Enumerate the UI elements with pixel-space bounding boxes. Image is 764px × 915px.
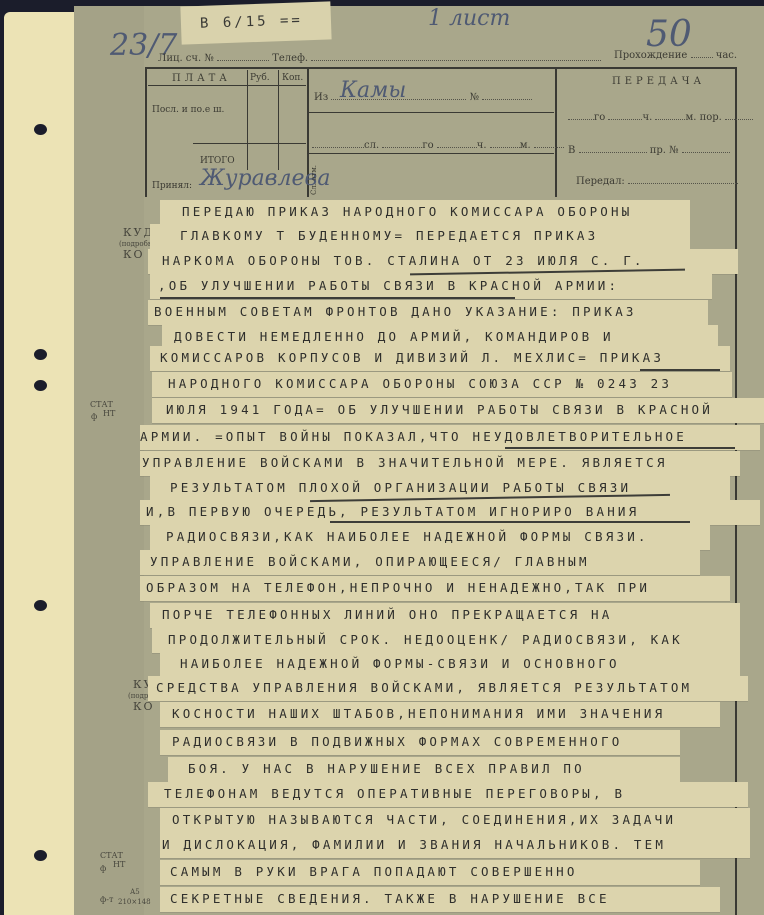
form-top-rule [146,67,737,69]
trans-to-label: В [568,145,575,156]
handwritten-sheet-note: 1 лист [428,6,510,31]
message-line: НАРОДНОГО КОМИССАРА ОБОРОНЫ СОЮЗА ССР № … [152,372,732,397]
stat-label-2: СТАТ [100,851,123,860]
form-a-label: А5 [130,888,140,896]
punch-hole [34,380,47,391]
transmission-to-field: В пр. № [568,145,730,156]
message-line: УПРАВЛЕНИЕ ВОЙСКАМИ, ОПИРАЮЩЕЕСЯ/ ГЛАВНЫ… [140,550,700,575]
number-label: № [470,92,479,103]
message-line: ГЛАВКОМУ Т БУДЕННОМУ= ПЕРЕДАЕТСЯ ПРИКАЗ [150,224,690,249]
handwritten-underline [330,521,690,523]
payment-row-label: Посл. и по.е ш. [152,105,224,115]
received-label: Принял: [152,181,192,191]
nt-label-2: НТ [113,860,125,869]
message-line: И ДИСЛОКАЦИЯ, ФАМИЛИИ И ЗВАНИЯ НАЧАЛЬНИК… [160,833,750,858]
message-line: КОМИССАРОВ КОРПУСОВ И ДИВИЗИЙ Л. МЕХЛИС=… [150,346,730,371]
rub-header: Руб. [250,73,270,83]
message-line: ОТКРЫТУЮ НАЗЫВАЮТСЯ ЧАСТИ, СОЕДИНЕНИЯ,ИХ… [160,808,750,833]
trans-date-label: го [594,112,605,123]
message-line: УПРАВЛЕНИЕ ВОЙСКАМИ В ЗНАЧИТЕЛЬНОЙ МЕРЕ.… [140,451,740,476]
handwritten-underline [640,369,720,371]
header-fields: Лиц. сч. № Телеф. [158,53,601,64]
message-line: НАИБОЛЕЕ НАДЕЖНОЙ ФОРМЫ-СВЯЗИ И ОСНОВНОГ… [160,652,740,677]
hours-label: час. [716,50,737,61]
payment-title: ПЛАТА [172,73,231,84]
phi-label-2: ф [100,864,106,873]
message-line: ПОРЧЕ ТЕЛЕФОННЫХ ЛИНИЙ ОНО ПРЕКРАЩАЕТСЯ … [150,603,740,628]
handwritten-underline [160,297,515,299]
punch-hole [34,600,47,611]
message-line: ВОЕННЫМ СОВЕТАМ ФРОНТОВ ДАНО УКАЗАНИЕ: П… [148,300,708,325]
words-label: сл. [364,140,379,151]
message-line: РАДИОСВЯЗИ,КАК НАИБОЛЕЕ НАДЕЖНОЙ ФОРМЫ С… [150,525,710,550]
account-label: Лиц. сч. № [158,53,214,64]
sent-by-label: Передал: [576,176,625,187]
punch-hole [34,850,47,861]
stat-label-1: СТАТ [90,400,113,409]
passing-field: Прохождение час. [614,50,737,61]
message-line: ПЕРЕДАЮ ПРИКАЗ НАРОДНОГО КОМИССАРА ОБОРО… [160,200,690,225]
message-line: ОБРАЗОМ НА ТЕЛЕФОН,НЕПРОЧНО И НЕНАДЕЖНО,… [140,576,730,601]
form-size-label: 210×148 [118,898,151,906]
punch-hole [34,124,47,135]
total-label: ИТОГО [200,156,235,166]
nt-label-1: НТ [103,409,115,418]
message-line: КОСНОСТИ НАШИХ ШТАБОВ,НЕПОНИМАНИЯ ИМИ ЗН… [160,702,720,727]
transmission-title: ПЕРЕДАЧА [612,76,705,87]
message-line: ,ОБ УЛУЧШЕНИИ РАБОТЫ СВЯЗИ В КРАСНОЙ АРМ… [150,274,712,299]
trans-order-number-label: пр. № [650,145,679,156]
from-label: Из [314,92,328,103]
form-code-label: ф-т [100,895,113,904]
message-line: СЕКРЕТНЫЕ СВЕДЕНИЯ. ТАКЖЕ В НАРУШЕНИЕ ВС… [160,887,720,912]
message-line: ТЕЛЕФОНАМ ВЕДУТСЯ ОПЕРАТИВНЫЕ ПЕРЕГОВОРЫ… [148,782,748,807]
message-line: БОЯ. У НАС В НАРУШЕНИЕ ВСЕХ ПРАВИЛ ПО [168,757,680,782]
message-line: РАДИОСВЯЗИ В ПОДВИЖНЫХ ФОРМАХ СОВРЕМЕННО… [160,730,680,755]
handwritten-underline [505,447,735,449]
origin-rule-1 [309,112,554,113]
sent-by-field: Передал: [576,176,738,187]
kop-header: Коп. [282,73,303,83]
message-line: ИЮЛЯ 1941 ГОДА= ОБ УЛУЧШЕНИИ РАБОТЫ СВЯЗ… [152,398,764,423]
minute-label: м. [520,140,531,151]
phi-label-1: ф [91,412,97,421]
komu-label-2: КО [133,700,155,713]
from-handwritten: Камы [340,78,406,103]
phone-label: Телеф. [272,53,308,64]
trans-hour-label: ч. [642,112,652,123]
handwritten-page-number: 50 [646,14,692,55]
trans-order-label: м. пор. [685,112,721,123]
form-left-rule [145,67,147,197]
message-line: СРЕДСТВА УПРАВЛЕНИЯ ВОЙСКАМИ, ЯВЛЯЕТСЯ Р… [148,676,748,701]
origin-rule-2 [309,153,554,154]
komu-label-1: КО [123,248,145,261]
payment-header-rule [148,85,306,86]
passing-label: Прохождение [614,50,687,61]
date-label: го [422,140,433,151]
origin-time-field: сл. го ч. м. [312,140,564,151]
punch-hole [34,349,47,360]
service-marks-label: Сл. отм. [310,165,318,195]
hour-label: ч. [477,140,487,151]
transmission-time-field: го ч. м. пор. [568,112,753,123]
message-line: САМЫМ В РУКИ ВРАГА ПОПАДАЮТ СОВЕРШЕННО [160,860,700,885]
form-divider-2 [555,67,557,197]
payment-total-rule [193,143,306,144]
message-line: ПРОДОЛЖИТЕЛЬНЫЙ СРОК. НЕДООЦЕНК/ РАДИОСВ… [152,628,740,653]
